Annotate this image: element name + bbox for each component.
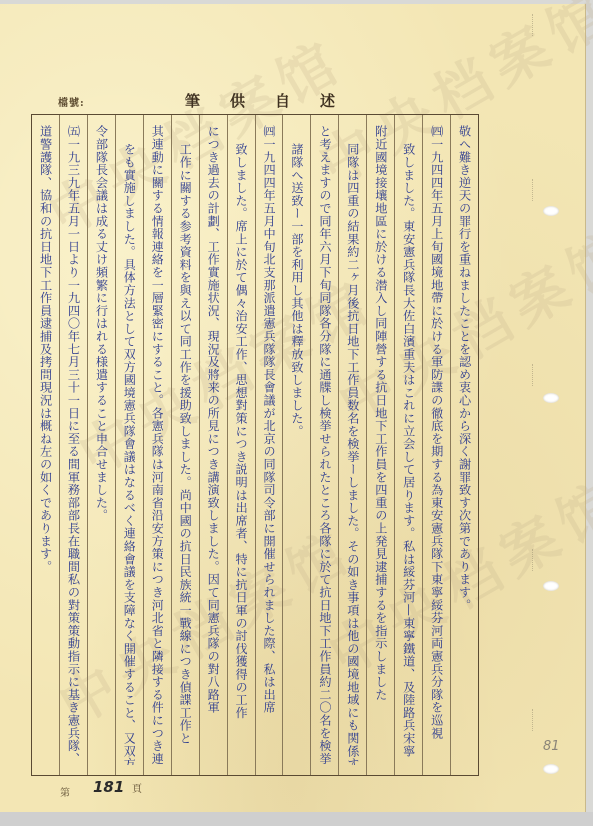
handwritten-line: 道警護隊、協和の抗日地下工作員逮捕及拷問現況は概ね左の如くであります。: [39, 125, 51, 765]
handwritten-line: 諸隊へ送致ー一部を利用し其他は釋放致しました。: [291, 143, 303, 765]
manuscript-column: 工作に關する参考資料を與え以て同工作を援助致しました。尚中國の抗日民族統一戰線に…: [171, 115, 199, 775]
handwritten-line: 同隊は四重の結果約二ヶ月後抗日地下工作員数名を検挙ーしました。その如き事項は他の…: [347, 143, 359, 765]
margin-mark: [532, 709, 539, 731]
punch-hole: [543, 206, 559, 216]
handwritten-line: 附近國境接壤地區に於ける潜入し同陣營する抗日地下工作員を四重の上発見逮捕するを指…: [375, 125, 387, 765]
manuscript-column: 附近國境接壤地區に於ける潜入し同陣營する抗日地下工作員を四重の上発見逮捕するを指…: [366, 115, 394, 775]
archive-folio-number: 81: [543, 739, 560, 754]
manuscript-column: ㈣一九四四年五月上旬國境地帶に於ける軍防諜の徹底を期する為東安憲兵隊下東寧綏芬河…: [422, 115, 450, 775]
form-title-char: 自: [275, 90, 290, 111]
manuscript-column: ㈣一九四四年五月中旬北支那派遣憲兵隊隊長會議が北京の同隊司令部に開催せられました…: [255, 115, 283, 775]
manuscript-column: と考えますので同年六月下旬同隊各分隊に通牒し検挙せられたところ各隊に於て抗日地下…: [310, 115, 338, 775]
manuscript-column: 同隊は四重の結果約二ヶ月後抗日地下工作員数名を検挙ーしました。その如き事項は他の…: [338, 115, 366, 775]
page-prefix: 第: [60, 784, 70, 799]
handwritten-line: 其連動に關する情報連絡を一層緊密にすること。各憲兵隊は河南省沿安方策につき河北省…: [151, 125, 163, 765]
punch-hole: [543, 581, 559, 591]
page-number: 181: [93, 778, 124, 796]
form-title-char: 述: [320, 90, 335, 111]
form-title-char: 筆: [185, 90, 200, 111]
handwritten-line: 敬へ難き逆天の罪行を重ねましたことを認め衷心から深く謝罪致す次第であります。: [458, 125, 470, 765]
manuscript-column: 諸隊へ送致ー一部を利用し其他は釋放致しました。: [282, 115, 310, 775]
handwritten-line: ㈣一九四四年五月中旬北支那派遣憲兵隊隊長會議が北京の同隊司令部に開催せられました…: [263, 125, 275, 765]
document-page: 中央档案馆 中央档案馆 中央档案馆 中央档案馆 中央档案馆 中央档案馆 檔號: …: [0, 4, 585, 812]
manuscript-column: 致しました。東安憲兵隊長大佐白濱重夫はこれに立会して居ります。私は綏芬河—東寧鐵…: [394, 115, 422, 775]
manuscript-grid: 敬へ難き逆天の罪行を重ねましたことを認め衷心から深く謝罪致す次第であります。㈣一…: [31, 114, 479, 776]
handwritten-line: につき過去の計劃、工作實施状況、現況及將来の所見につき講演致しました。因て同憲兵…: [207, 125, 219, 765]
form-header: 檔號: 筆 供 自 述: [0, 90, 585, 112]
handwritten-line: 令部隊長会議は成る丈け頻繁に行はれる様遣すること申合せました。: [95, 125, 107, 765]
handwritten-line: 工作に關する参考資料を與え以て同工作を援助致しました。尚中國の抗日民族統一戰線に…: [179, 143, 191, 765]
margin-mark: [532, 364, 539, 386]
manuscript-column: 令部隊長会議は成る丈け頻繁に行はれる様遣すること申合せました。: [87, 115, 115, 775]
manuscript-column: をも實施しました。具体方法として双方國境憲兵隊會議はなるべく連絡會議を支障なく開…: [115, 115, 143, 775]
manuscript-column: 致しました。席上に於て偶々治安工作、思想對策につき説明は出席者、特に抗日軍の討伐…: [227, 115, 255, 775]
manuscript-column: 敬へ難き逆天の罪行を重ねましたことを認め衷心から深く謝罪致す次第であります。: [450, 115, 478, 775]
handwritten-line: 致しました。席上に於て偶々治安工作、思想對策につき説明は出席者、特に抗日軍の討伐…: [235, 143, 247, 765]
punch-hole: [543, 393, 559, 403]
manuscript-column: につき過去の計劃、工作實施状況、現況及將来の所見につき講演致しました。因て同憲兵…: [199, 115, 227, 775]
manuscript-column: 道警護隊、協和の抗日地下工作員逮捕及拷問現況は概ね左の如くであります。: [32, 115, 59, 775]
scan-border: [0, 812, 593, 826]
handwritten-line: ㈤一九三九年五月一日より一九四〇年七月三十一日に至る間軍務部部長在職間私の對策策…: [67, 125, 79, 765]
margin-mark: [532, 179, 539, 201]
form-title-char: 供: [230, 90, 245, 111]
handwritten-line: ㈣一九四四年五月上旬國境地帶に於ける軍防諜の徹底を期する為東安憲兵隊下東寧綏芬河…: [430, 125, 442, 765]
handwritten-line: 致しました。東安憲兵隊長大佐白濱重夫はこれに立会して居ります。私は綏芬河—東寧鐵…: [403, 143, 415, 765]
manuscript-column: 其連動に關する情報連絡を一層緊密にすること。各憲兵隊は河南省沿安方策につき河北省…: [143, 115, 171, 775]
punch-hole: [543, 764, 559, 774]
manuscript-column: ㈤一九三九年五月一日より一九四〇年七月三十一日に至る間軍務部部長在職間私の對策策…: [59, 115, 87, 775]
handwritten-line: をも實施しました。具体方法として双方國境憲兵隊會議はなるべく連絡會議を支障なく開…: [123, 143, 135, 765]
margin-mark: [532, 14, 539, 36]
margin-mark: [532, 549, 539, 571]
page-suffix: 頁: [132, 780, 142, 795]
handwritten-line: と考えますので同年六月下旬同隊各分隊に通牒し検挙せられたところ各隊に於て抗日地下…: [319, 125, 331, 765]
form-title: 筆 供 自 述: [185, 90, 335, 111]
file-number-label: 檔號:: [58, 94, 85, 109]
